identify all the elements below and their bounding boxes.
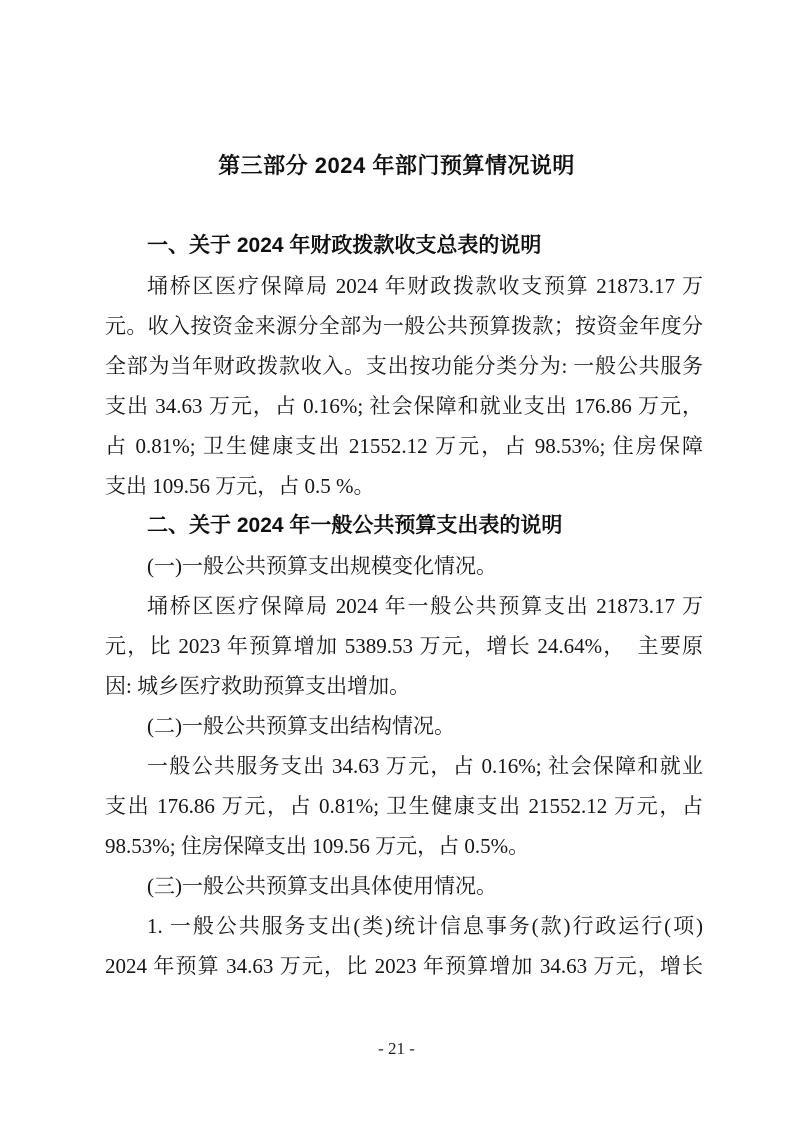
text-line: (三)一般公共预算支出具体使用情况。 xyxy=(105,866,703,906)
section-heading: 二、关于 2024 年一般公共预算支出表的说明 xyxy=(105,506,703,546)
document-page: 第三部分 2024 年部门预算情况说明 一、关于 2024 年财政拨款收支总表的… xyxy=(0,0,793,1122)
text-line: 支出 176.86 万元，占 0.81%; 卫生健康支出 21552.12 万元… xyxy=(105,786,703,826)
text-line: 元。收入按资金来源分全部为一般公共预算拨款；按资金年度分 xyxy=(105,306,703,346)
section-heading: 一、关于 2024 年财政拨款收支总表的说明 xyxy=(105,226,703,266)
text-line: 全部为当年财政拨款收入。支出按功能分类分为: 一般公共服务 xyxy=(105,346,703,386)
text-line: 因: 城乡医疗救助预算支出增加。 xyxy=(105,666,703,706)
page-number: - 21 - xyxy=(0,1038,793,1060)
text-line: (一)一般公共预算支出规模变化情况。 xyxy=(105,546,703,586)
text-line: 占 0.81%; 卫生健康支出 21552.12 万元，占 98.53%; 住房… xyxy=(105,426,703,466)
text-line: 98.53%; 住房保障支出 109.56 万元，占 0.5%。 xyxy=(105,826,703,866)
document-body: 一、关于 2024 年财政拨款收支总表的说明埇桥区医疗保障局 2024 年财政拨… xyxy=(105,226,703,986)
text-line: 元，比 2023 年预算增加 5389.53 万元，增长 24.64%， 主要原 xyxy=(105,626,703,666)
text-line: 支出 109.56 万元，占 0.5 %。 xyxy=(105,466,703,506)
text-line: (二)一般公共预算支出结构情况。 xyxy=(105,706,703,746)
text-line: 一般公共服务支出 34.63 万元，占 0.16%; 社会保障和就业 xyxy=(105,746,703,786)
text-line: 支出 34.63 万元，占 0.16%; 社会保障和就业支出 176.86 万元… xyxy=(105,386,703,426)
text-line: 1. 一般公共服务支出(类)统计信息事务(款)行政运行(项) xyxy=(105,906,703,946)
document-title: 第三部分 2024 年部门预算情况说明 xyxy=(0,151,793,181)
text-line: 2024 年预算 34.63 万元，比 2023 年预算增加 34.63 万元，… xyxy=(105,946,703,986)
text-line: 埇桥区医疗保障局 2024 年一般公共预算支出 21873.17 万 xyxy=(105,586,703,626)
text-line: 埇桥区医疗保障局 2024 年财政拨款收支预算 21873.17 万 xyxy=(105,266,703,306)
